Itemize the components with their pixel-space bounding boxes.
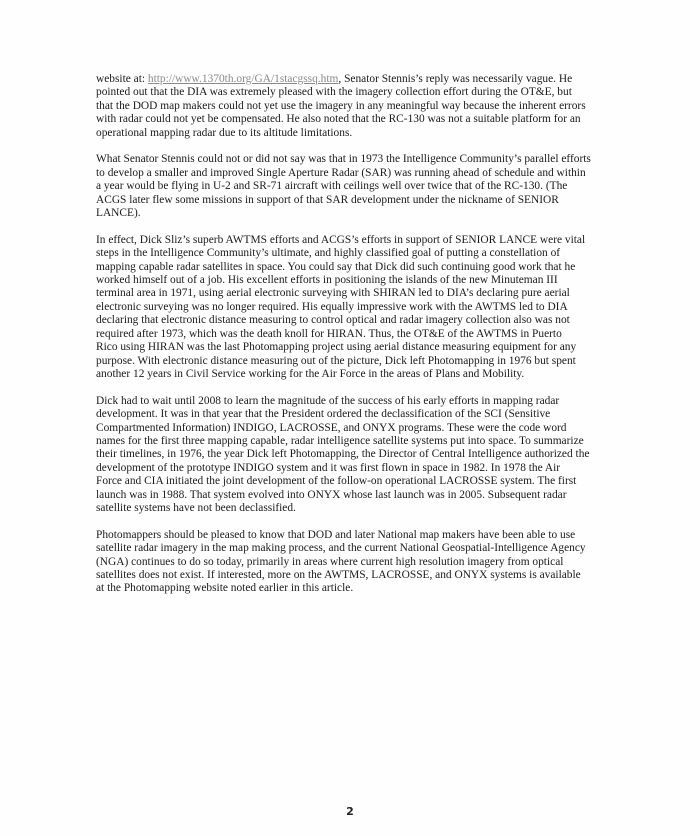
text-line: a year would be flying in U-2 and SR-71 … (96, 180, 636, 193)
text-line: development. It was in that year that th… (96, 408, 636, 421)
text-line: worked himself out of a job. His excelle… (96, 274, 636, 287)
text-line: mapping capable radar satellites in spac… (96, 261, 636, 274)
text-line: website at: http://www.1370th.org/GA/1st… (96, 73, 636, 86)
text-line: pointed out that the DIA was extremely p… (96, 86, 636, 99)
text-line: LANCE). (96, 207, 636, 220)
text-line: satellite radar imagery in the map makin… (96, 542, 636, 555)
text-line: another 12 years in Civil Service workin… (96, 368, 636, 381)
paragraph-sar-development: What Senator Stennis could not or did no… (96, 153, 636, 220)
text-line: at the Photomapping website noted earlie… (96, 582, 636, 595)
text-line: names for the first three mapping capabl… (96, 435, 636, 448)
line-prefix: website at: (96, 73, 148, 85)
text-line: In effect, Dick Sliz’s superb AWTMS effo… (96, 234, 636, 247)
text-line: development of the prototype INDIGO syst… (96, 462, 636, 475)
text-line: to develop a smaller and improved Single… (96, 167, 636, 180)
text-line: Rico using HIRAN was the last Photomappi… (96, 341, 636, 354)
text-line: with radar could not yet be compensated.… (96, 113, 636, 126)
text-line: required after 1973, which was the death… (96, 328, 636, 341)
text-line: steps in the Intelligence Community’s ul… (96, 247, 636, 260)
text-line: Compartmented Information) INDIGO, LACRO… (96, 422, 636, 435)
text-line: their timelines, in 1976, the year Dick … (96, 448, 636, 461)
text-line: operational mapping radar due to its alt… (96, 127, 636, 140)
text-line: launch was in 1988. That system evolved … (96, 489, 636, 502)
text-line: satellite systems have not been declassi… (96, 502, 636, 515)
text-line: What Senator Stennis could not or did no… (96, 153, 636, 166)
text-line: that the DOD map makers could not yet us… (96, 100, 636, 113)
document-page: website at: http://www.1370th.org/GA/1st… (96, 73, 636, 609)
website-link[interactable]: http://www.1370th.org/GA/1stacgssq.htm (148, 73, 338, 85)
page-number: 2 (0, 805, 700, 818)
line-suffix: , Senator Stennis’s reply was necessaril… (338, 73, 572, 85)
text-line: (NGA) continues to do so today, primaril… (96, 556, 636, 569)
text-line: terminal area in 1971, using aerial elec… (96, 287, 636, 300)
text-line: Photomappers should be pleased to know t… (96, 529, 636, 542)
text-line: satellites does not exist. If interested… (96, 569, 636, 582)
paragraph-declassification: Dick had to wait until 2008 to learn the… (96, 395, 636, 516)
text-line: Dick had to wait until 2008 to learn the… (96, 395, 636, 408)
text-line: ACGS later flew some missions in support… (96, 194, 636, 207)
text-line: purpose. With electronic distance measur… (96, 355, 636, 368)
text-line: declaring that electronic distance measu… (96, 314, 636, 327)
paragraph-photomappers: Photomappers should be pleased to know t… (96, 529, 636, 596)
paragraph-senate-reply: website at: http://www.1370th.org/GA/1st… (96, 73, 636, 140)
text-line: Force and CIA initiated the joint develo… (96, 475, 636, 488)
text-line: electronic surveying was no longer requi… (96, 301, 636, 314)
paragraph-awtms-efforts: In effect, Dick Sliz’s superb AWTMS effo… (96, 234, 636, 381)
